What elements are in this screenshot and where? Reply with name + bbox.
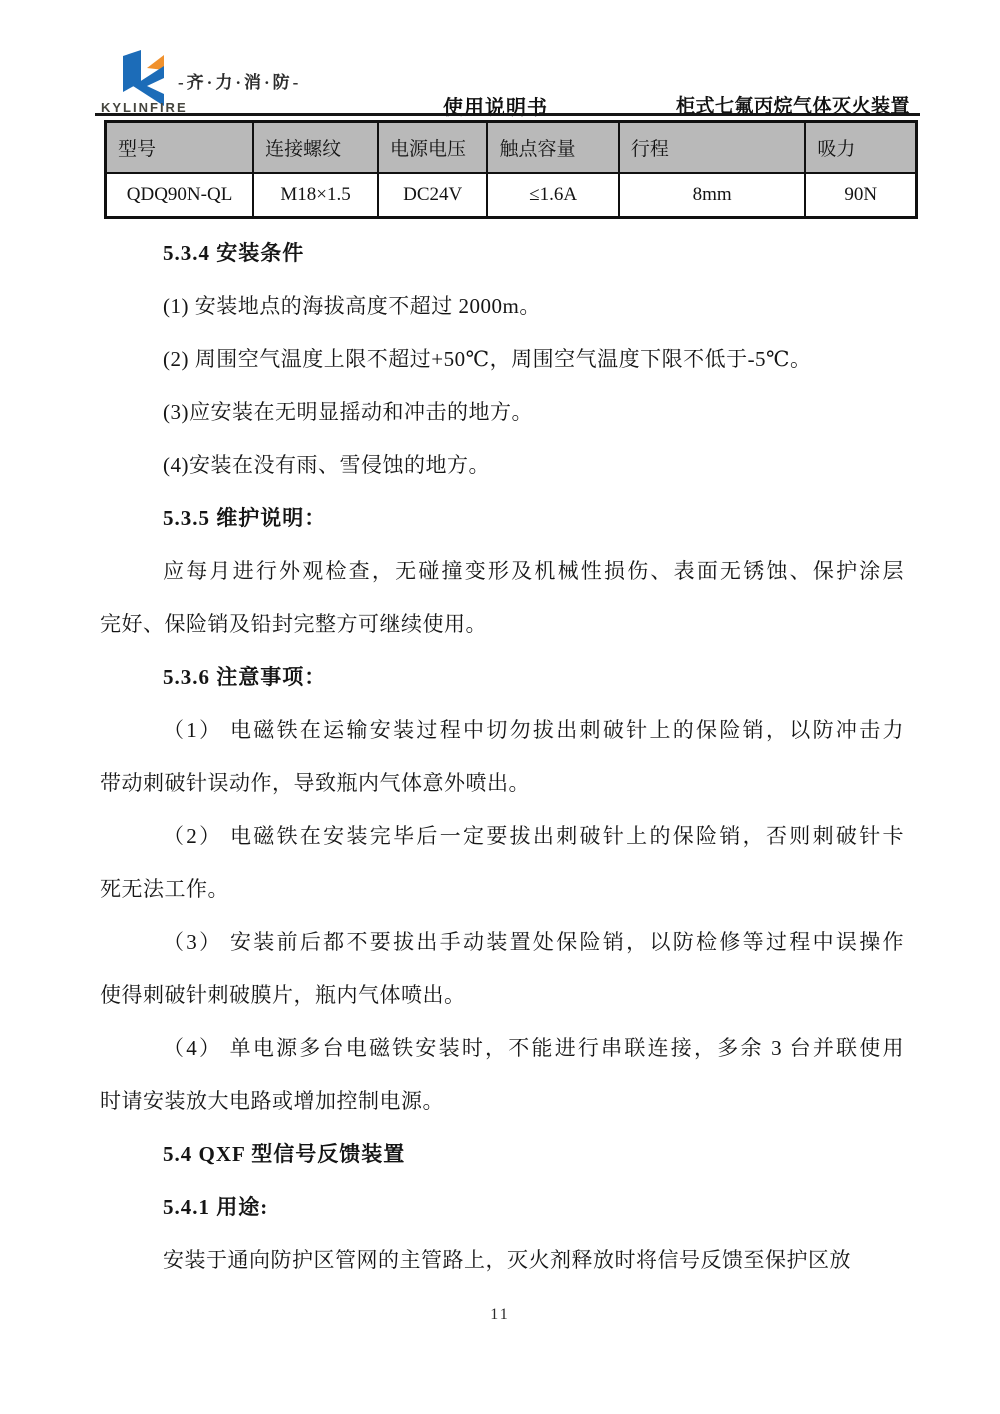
- kylinfire-logo-icon: [117, 48, 171, 106]
- cell-pull: 90N: [805, 173, 916, 218]
- cell-stroke: 8mm: [619, 173, 806, 218]
- brand-slogan: -齐·力·消·防-: [178, 68, 301, 93]
- text-line: (2) 周围空气温度上限不超过+50℃，周围空气温度下限不低于-5℃。: [100, 344, 904, 397]
- document-body: 5.3.4 安装条件(1) 安装地点的海拔高度不超过 2000m。(2) 周围空…: [100, 238, 904, 1298]
- text-line: 安装于通向防护区管网的主管路上，灭火剂释放时将信号反馈至保护区放: [100, 1245, 904, 1298]
- cell-contact: ≤1.6A: [487, 173, 618, 218]
- cell-model: QDQ90N-QL: [106, 173, 254, 218]
- spec-table-data-row: QDQ90N-QL M18×1.5 DC24V ≤1.6A 8mm 90N: [106, 173, 917, 218]
- text-line: 带动刺破针误动作，导致瓶内气体意外喷出。: [100, 768, 904, 821]
- text-line: （1） 电磁铁在运输安装过程中切勿拔出刺破针上的保险销，以防冲击力: [100, 715, 904, 768]
- col-header-thread: 连接螺纹: [253, 122, 378, 174]
- spec-table-header-row: 型号 连接螺纹 电源电压 触点容量 行程 吸力: [106, 122, 917, 174]
- spec-table: 型号 连接螺纹 电源电压 触点容量 行程 吸力 QDQ90N-QL M18×1.…: [104, 120, 918, 219]
- text-line: 使得刺破针刺破膜片，瓶内气体喷出。: [100, 980, 904, 1033]
- col-header-voltage: 电源电压: [378, 122, 487, 174]
- col-header-contact: 触点容量: [487, 122, 618, 174]
- col-header-stroke: 行程: [619, 122, 806, 174]
- section-heading: 5.3.6 注意事项：: [100, 662, 904, 715]
- text-line: （2） 电磁铁在安装完毕后一定要拔出刺破针上的保险销，否则刺破针卡: [100, 821, 904, 874]
- text-line: 应每月进行外观检查，无碰撞变形及机械性损伤、表面无锈蚀、保护涂层: [100, 556, 904, 609]
- section-heading: 5.3.4 安装条件: [100, 238, 904, 291]
- text-line: 完好、保险销及铅封完整方可继续使用。: [100, 609, 904, 662]
- text-line: （3） 安装前后都不要拔出手动装置处保险销，以防检修等过程中误操作: [100, 927, 904, 980]
- header-rule: [95, 113, 920, 116]
- col-header-model: 型号: [106, 122, 254, 174]
- section-heading: 5.4.1 用途:: [100, 1192, 904, 1245]
- text-line: 时请安装放大电路或增加控制电源。: [100, 1086, 904, 1139]
- text-line: （4） 单电源多台电磁铁安装时，不能进行串联连接，多余 3 台并联使用: [100, 1033, 904, 1086]
- text-line: (3)应安装在无明显摇动和冲击的地方。: [100, 397, 904, 450]
- document-page: KYLINFIRE -齐·力·消·防- 使用说明书 柜式七氟丙烷气体灭火装置 型…: [0, 0, 1000, 1414]
- section-heading: 5.3.5 维护说明：: [100, 503, 904, 556]
- text-line: (4)安装在没有雨、雪侵蚀的地方。: [100, 450, 904, 503]
- text-line: (1) 安装地点的海拔高度不超过 2000m。: [100, 291, 904, 344]
- text-line: 死无法工作。: [100, 874, 904, 927]
- col-header-pull: 吸力: [805, 122, 916, 174]
- cell-voltage: DC24V: [378, 173, 487, 218]
- cell-thread: M18×1.5: [253, 173, 378, 218]
- page-number: 11: [0, 1306, 1000, 1324]
- section-heading: 5.4 QXF 型信号反馈装置: [100, 1139, 904, 1192]
